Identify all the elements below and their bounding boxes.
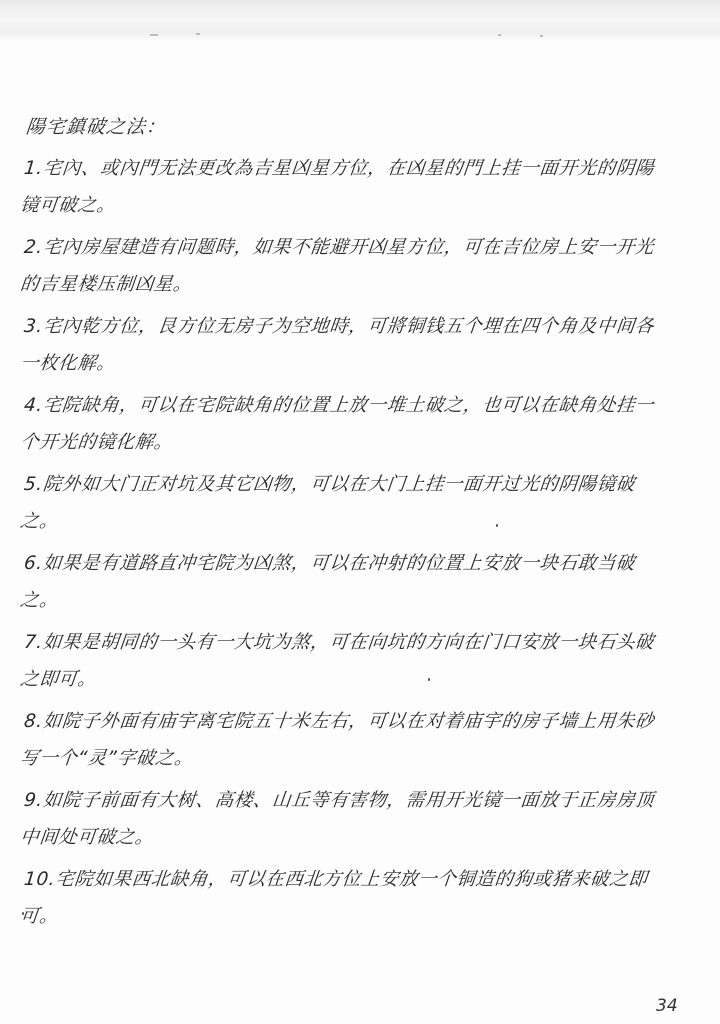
scan-speck (498, 34, 501, 36)
list-item: 8.如院子外面有庙宇离宅院五十米左右，可以在对着庙宇的房子墙上用朱砂写一个“灵”… (18, 703, 666, 777)
list-item: 1.宅內、或內門无法更改為吉星凶星方位，在凶星的門上挂一面开光的阴陽镜可破之。 (18, 150, 666, 224)
list-item: 7.如果是胡同的一头有一大坑为煞，可在向坑的方向在门口安放一块石头破之即可。 (18, 624, 666, 698)
list-item: 9.如院子前面有大树、高楼、山丘等有害物，需用开光镜一面放于正房房顶中间处可破之… (18, 782, 666, 856)
list-item: 4.宅院缺角，可以在宅院缺角的位置上放一堆土破之，也可以在缺角处挂一个开光的镜化… (18, 387, 666, 461)
scan-speck (196, 33, 200, 35)
scan-speck (150, 34, 158, 36)
scan-speck (540, 35, 543, 37)
page-number: 34 (656, 996, 678, 1016)
list-item: 3.宅內乾方位，艮方位无房子为空地時，可將铜钱五个埋在四个角及中间各一枚化解。 (18, 308, 666, 382)
handwritten-page: 陽宅鎮破之法： 1.宅內、或內門无法更改為吉星凶星方位，在凶星的門上挂一面开光的… (26, 112, 706, 940)
list-item: 2.宅內房屋建造有问题時，如果不能避开凶星方位，可在吉位房上安一开光的吉星楼压制… (18, 229, 666, 303)
stray-ink-mark (22, 912, 24, 915)
stray-ink-mark (496, 524, 498, 527)
list-item: 6.如果是有道路直冲宅院为凶煞，可以在冲射的位置上安放一块石敢当破之。 (18, 545, 666, 619)
scan-top-edge (0, 0, 720, 42)
list-item: 5.院外如大门正对坑及其它凶物，可以在大门上挂一面开过光的阴陽镜破之。 (18, 466, 666, 540)
list-item: 10.宅院如果西北缺角，可以在西北方位上安放一个铜造的狗或猪来破之即可。 (18, 861, 666, 935)
page-title: 陽宅鎮破之法： (24, 112, 707, 142)
stray-ink-mark (428, 678, 430, 681)
